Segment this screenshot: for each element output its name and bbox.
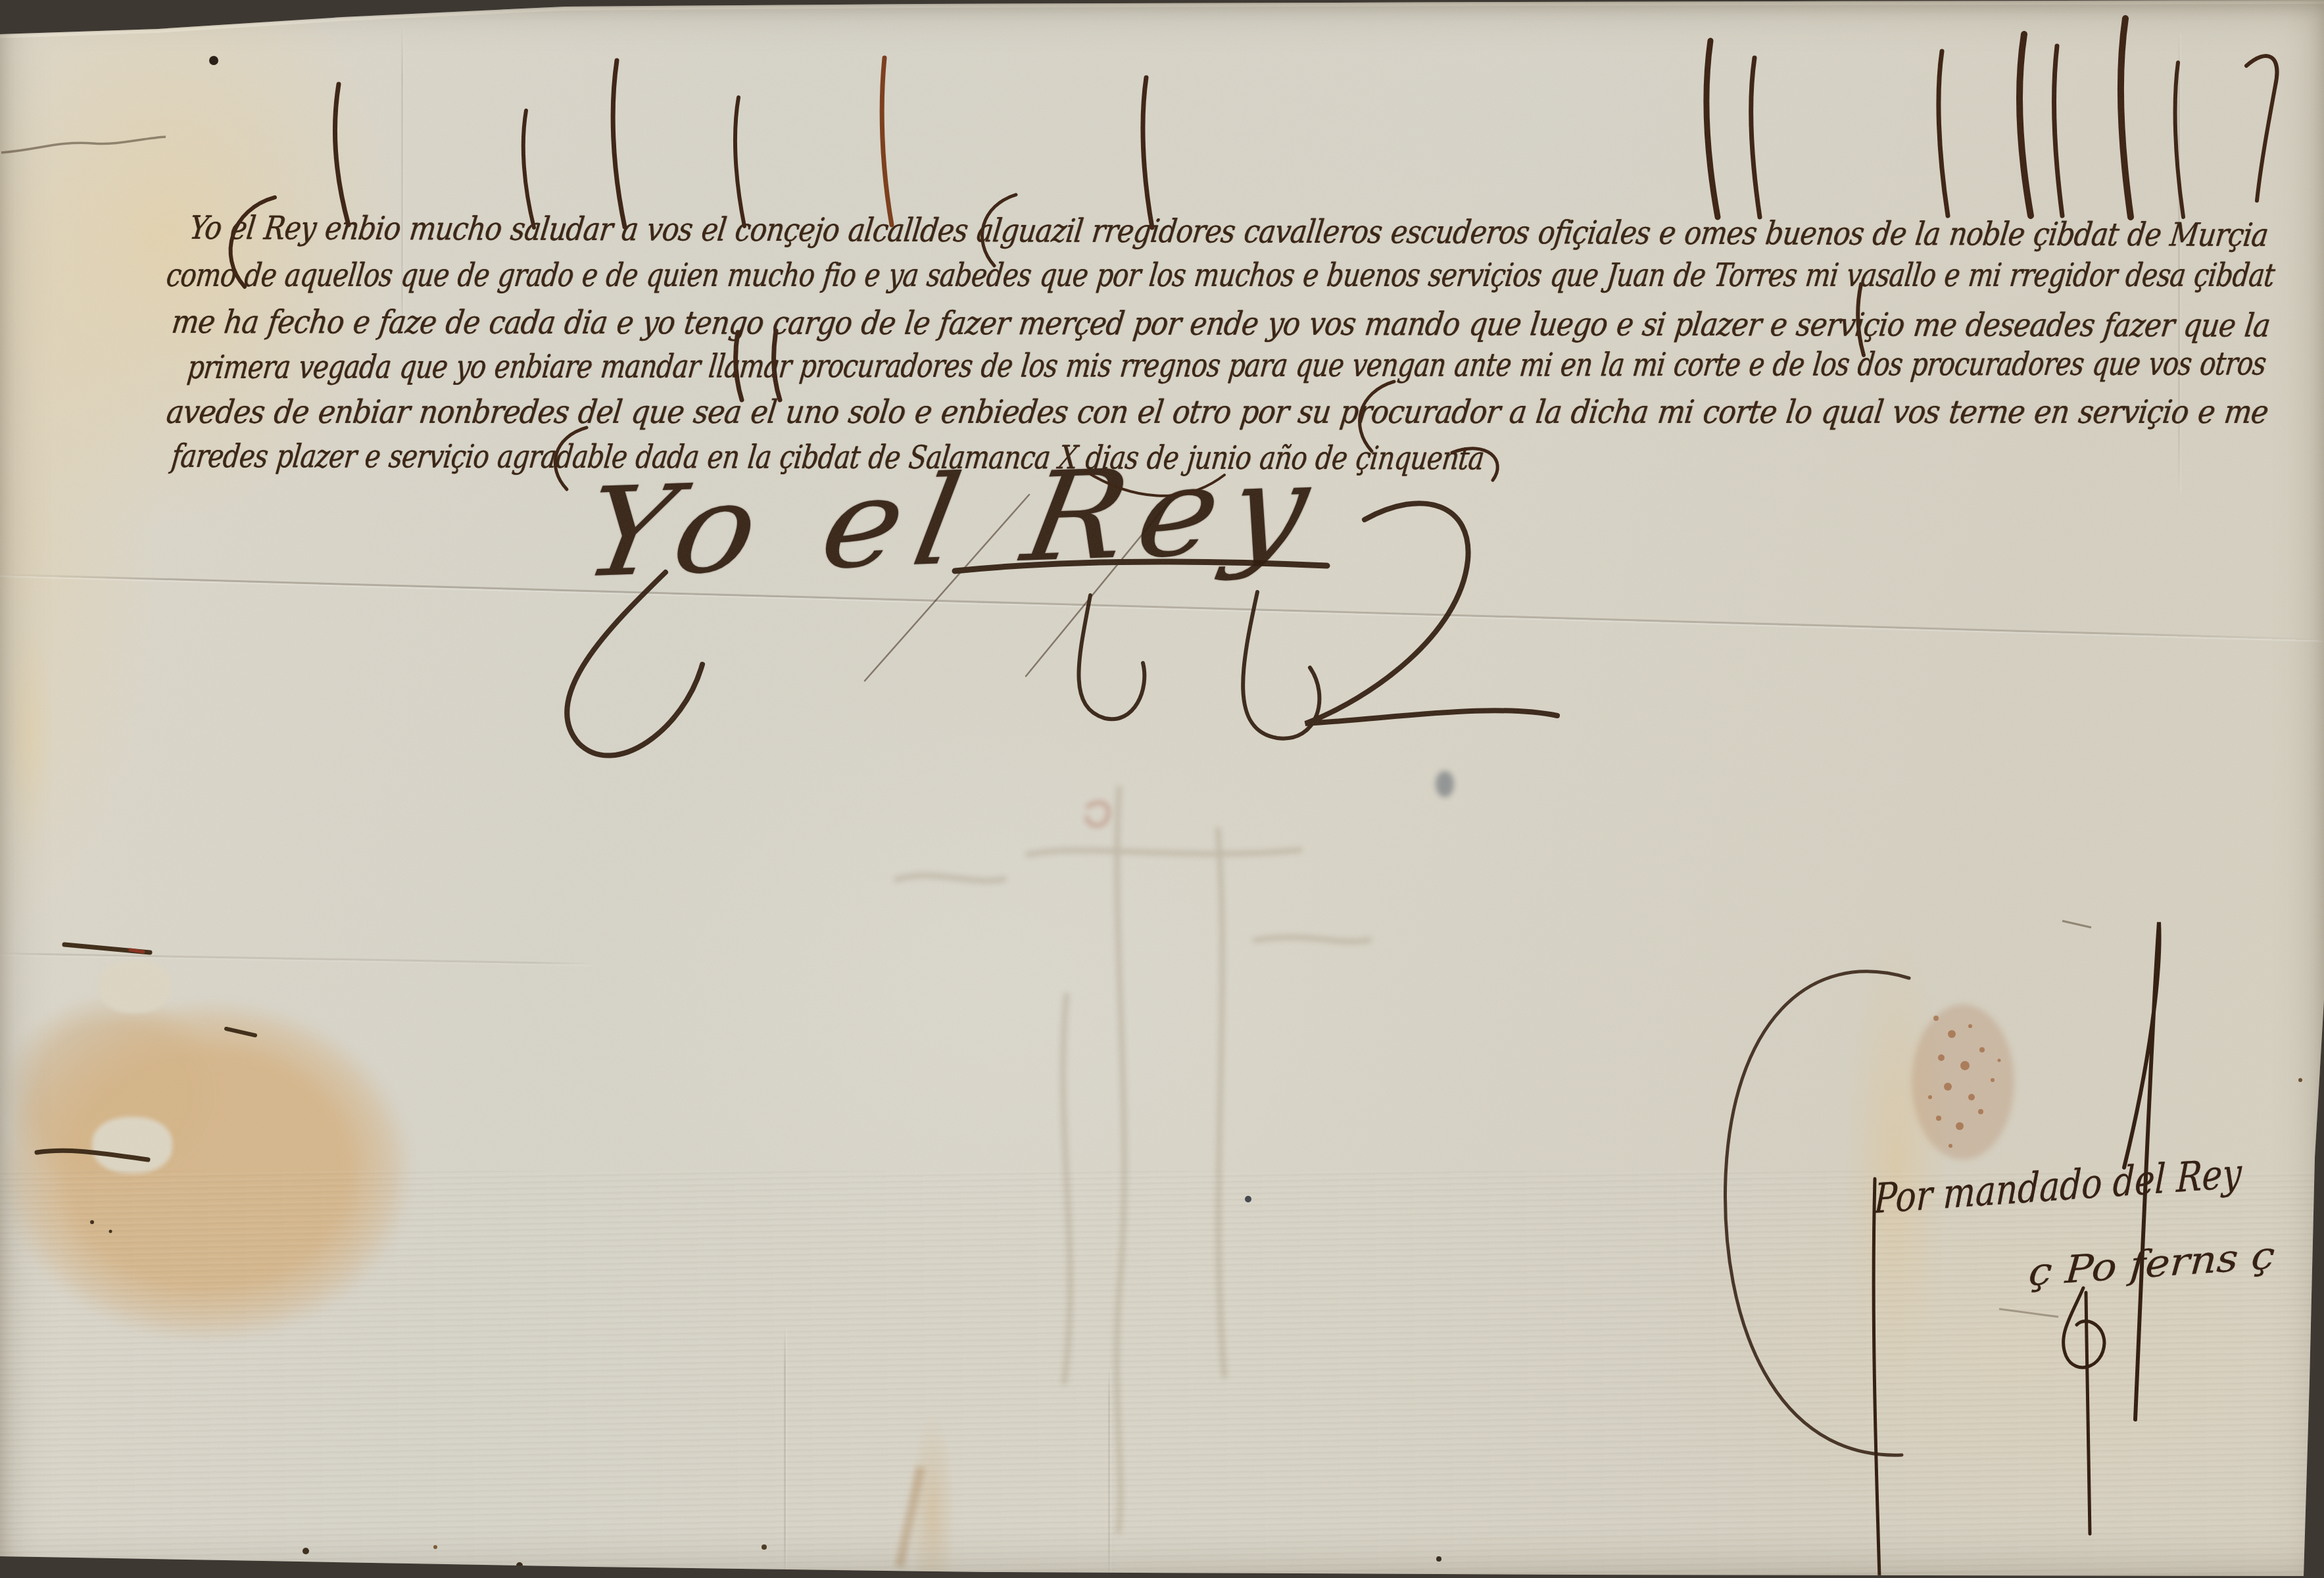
manuscript-text-line: me ha fecho e faze de cada dia e yo teng… (170, 303, 2267, 345)
royal-signature-text: Yo el Rey (574, 435, 1332, 604)
manuscript-line-text: me ha fecho e faze de cada dia e yo teng… (170, 303, 2272, 345)
fold-crease-vertical (784, 1329, 786, 1578)
manuscript-text-line: primera vegada que yo enbiare mandar lla… (185, 345, 2263, 386)
paper-crack (1999, 1309, 2058, 1317)
fold-crease-vertical (401, 26, 403, 342)
manuscript-text-line: avedes de enbiar nonbredes del que sea e… (164, 393, 2265, 431)
bleed-through-ghost-text (894, 771, 1454, 1534)
fold-crease-horizontal (0, 952, 592, 965)
paper-crack (2062, 921, 2091, 927)
seal-slits (37, 945, 255, 1160)
secretary-note-text: Por mandado del Rey (1874, 1149, 2242, 1223)
manuscript-page: Yo el Rey enbio mucho saludar a vos el c… (0, 0, 2324, 1578)
secretary-note-line2: ç Po ferns ç (2027, 1234, 2277, 1294)
stain-streak (900, 1467, 921, 1567)
document-scan: Yo el Rey enbio mucho saludar a vos el c… (0, 0, 2324, 1578)
manuscript-text-line: Yo el Rey enbio mucho saludar a vos el c… (187, 209, 2265, 254)
royal-signature: Yo el Rey (584, 436, 1322, 604)
seal-stain (0, 931, 520, 1411)
manuscript-line-text: avedes de enbiar nonbredes del que sea e… (164, 393, 2270, 431)
manuscript-line-text: primera vegada que yo enbiare mandar lla… (185, 345, 2267, 386)
stain-light-patch (92, 1117, 172, 1173)
manuscript-line-text: como de aquellos que de grado e de quien… (164, 257, 2277, 294)
manuscript-text-line: como de aquellos que de grado e de quien… (164, 257, 2272, 294)
ink-blot (1436, 771, 1454, 797)
secretary-note-text: ç Po ferns ç (2027, 1234, 2277, 1295)
fold-crease-vertical (1108, 1368, 1110, 1578)
secretary-note-line1: Por mandado del Rey (1872, 1149, 2243, 1223)
paper-crack (1, 137, 166, 153)
manuscript-line-text: Yo el Rey enbio mucho saludar a vos el c… (187, 209, 2270, 254)
paper-wrinkles (0, 1171, 2324, 1578)
torn-edge-highlight (0, 3, 2324, 37)
rust-speckles (1912, 1004, 2014, 1160)
stain-light-patch (99, 960, 171, 1013)
